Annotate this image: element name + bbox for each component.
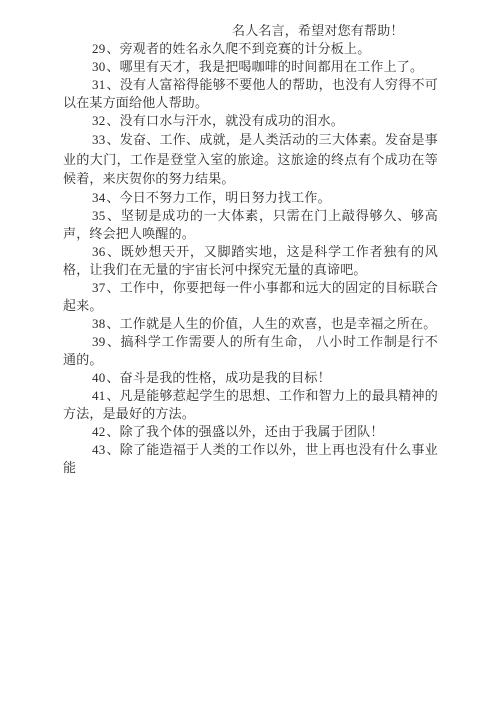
- quote-text: 旁观者的姓名永久爬不到竞赛的计分板上。: [120, 41, 371, 56]
- quote-38: 38、工作就是人生的价值，人生的欢喜，也是幸福之所在。: [63, 315, 438, 333]
- quote-number: 35: [92, 208, 105, 223]
- quote-42: 42、除了我个体的强盛以外，还由于我属于团队！: [63, 423, 438, 441]
- quote-text: 除了我个体的强盛以外，还由于我属于团队！: [120, 424, 384, 439]
- quote-number: 37: [92, 280, 105, 295]
- quote-29: 29、旁观者的姓名永久爬不到竞赛的计分板上。: [63, 40, 438, 58]
- quote-number: 43: [92, 442, 105, 457]
- quote-text: 哪里有天才，我是把喝咖啡的时间都用在工作上了。: [120, 59, 424, 74]
- quote-33: 33、发奋、工作、成就，是人类活动的三大体素。发奋是事业的大门，工作是登堂入室的…: [63, 130, 438, 189]
- quote-number: 32: [92, 113, 105, 128]
- quote-text: 奋斗是我的性格，成功是我的目标！: [120, 370, 331, 385]
- quote-number: 42: [92, 424, 105, 439]
- quote-separator: 、: [106, 244, 120, 259]
- quote-43: 43、除了能造福于人类的工作以外，世上再也没有什么事业能: [63, 441, 438, 477]
- quote-separator: 、: [106, 334, 120, 349]
- quote-separator: 、: [106, 113, 119, 128]
- quote-number: 34: [92, 190, 105, 205]
- quote-number: 29: [92, 41, 105, 56]
- quote-35: 35、坚韧是成功的一大体素，只需在门上敲得够久、够高声，终会把人唤醒的。: [63, 207, 438, 243]
- quote-text: 没有口水与汗水，就没有成功的泪水。: [120, 113, 344, 128]
- quote-41: 41、凡是能够惹起学生的思想、工作和智力上的最具精神的方法，是最好的方法。: [63, 387, 438, 423]
- quote-31: 31、没有人富裕得能够不要他人的帮助，也没有人穷得不可以在某方面给他人帮助。: [63, 76, 438, 112]
- quote-32: 32、没有口水与汗水，就没有成功的泪水。: [63, 112, 438, 130]
- quote-text: 今日不努力工作，明日努力找工作。: [120, 190, 331, 205]
- quote-separator: 、: [106, 77, 119, 92]
- quote-separator: 、: [106, 316, 119, 331]
- quote-37: 37、工作中，你要把每一件小事都和远大的固定的目标联合起来。: [63, 279, 438, 315]
- quote-text: 发奋、工作、成就，是人类活动的三大体素。发奋是事业的大门，工作是登堂入室的旅途。…: [63, 132, 438, 186]
- quote-number: 41: [92, 388, 105, 403]
- quote-separator: 、: [106, 208, 120, 223]
- quote-text: 没有人富裕得能够不要他人的帮助，也没有人穷得不可以在某方面给他人帮助。: [63, 77, 438, 110]
- quote-30: 30、哪里有天才，我是把喝咖啡的时间都用在工作上了。: [63, 58, 438, 76]
- document-page: 名人名言，希望对您有帮助！ 29、旁观者的姓名永久爬不到竞赛的计分板上。 30、…: [0, 0, 500, 707]
- quote-number: 36: [92, 244, 105, 259]
- quote-separator: 、: [106, 424, 119, 439]
- quote-number: 38: [92, 316, 105, 331]
- quote-separator: 、: [106, 280, 119, 295]
- quote-text: 工作中，你要把每一件小事都和远大的固定的目标联合起来。: [63, 280, 438, 313]
- quote-separator: 、: [106, 59, 119, 74]
- quote-36: 36、既妙想天开，又脚踏实地，这是科学工作者独有的风格，让我们在无量的宇宙长河中…: [63, 243, 438, 279]
- quote-text: 除了能造福于人类的工作以外，世上再也没有什么事业能: [63, 442, 438, 475]
- quote-number: 39: [92, 334, 105, 349]
- quote-number: 30: [92, 59, 105, 74]
- quote-number: 31: [92, 77, 105, 92]
- quote-separator: 、: [106, 41, 119, 56]
- quote-number: 33: [92, 132, 105, 147]
- document-header: 名人名言，希望对您有帮助！: [63, 22, 438, 40]
- quote-separator: 、: [106, 388, 119, 403]
- quote-separator: 、: [106, 132, 119, 147]
- quote-text: 凡是能够惹起学生的思想、工作和智力上的最具精神的方法，是最好的方法。: [63, 388, 438, 421]
- quote-separator: 、: [106, 190, 119, 205]
- quote-number: 40: [92, 370, 105, 385]
- quote-34: 34、今日不努力工作，明日努力找工作。: [63, 189, 438, 207]
- quote-40: 40、奋斗是我的性格，成功是我的目标！: [63, 369, 438, 387]
- quote-separator: 、: [106, 442, 119, 457]
- quote-text: 工作就是人生的价值，人生的欢喜，也是幸福之所在。: [120, 316, 437, 331]
- quote-separator: 、: [106, 370, 119, 385]
- quote-39: 39、搞科学工作需要人的所有生命， 八小时工作制是行不通的。: [63, 333, 438, 369]
